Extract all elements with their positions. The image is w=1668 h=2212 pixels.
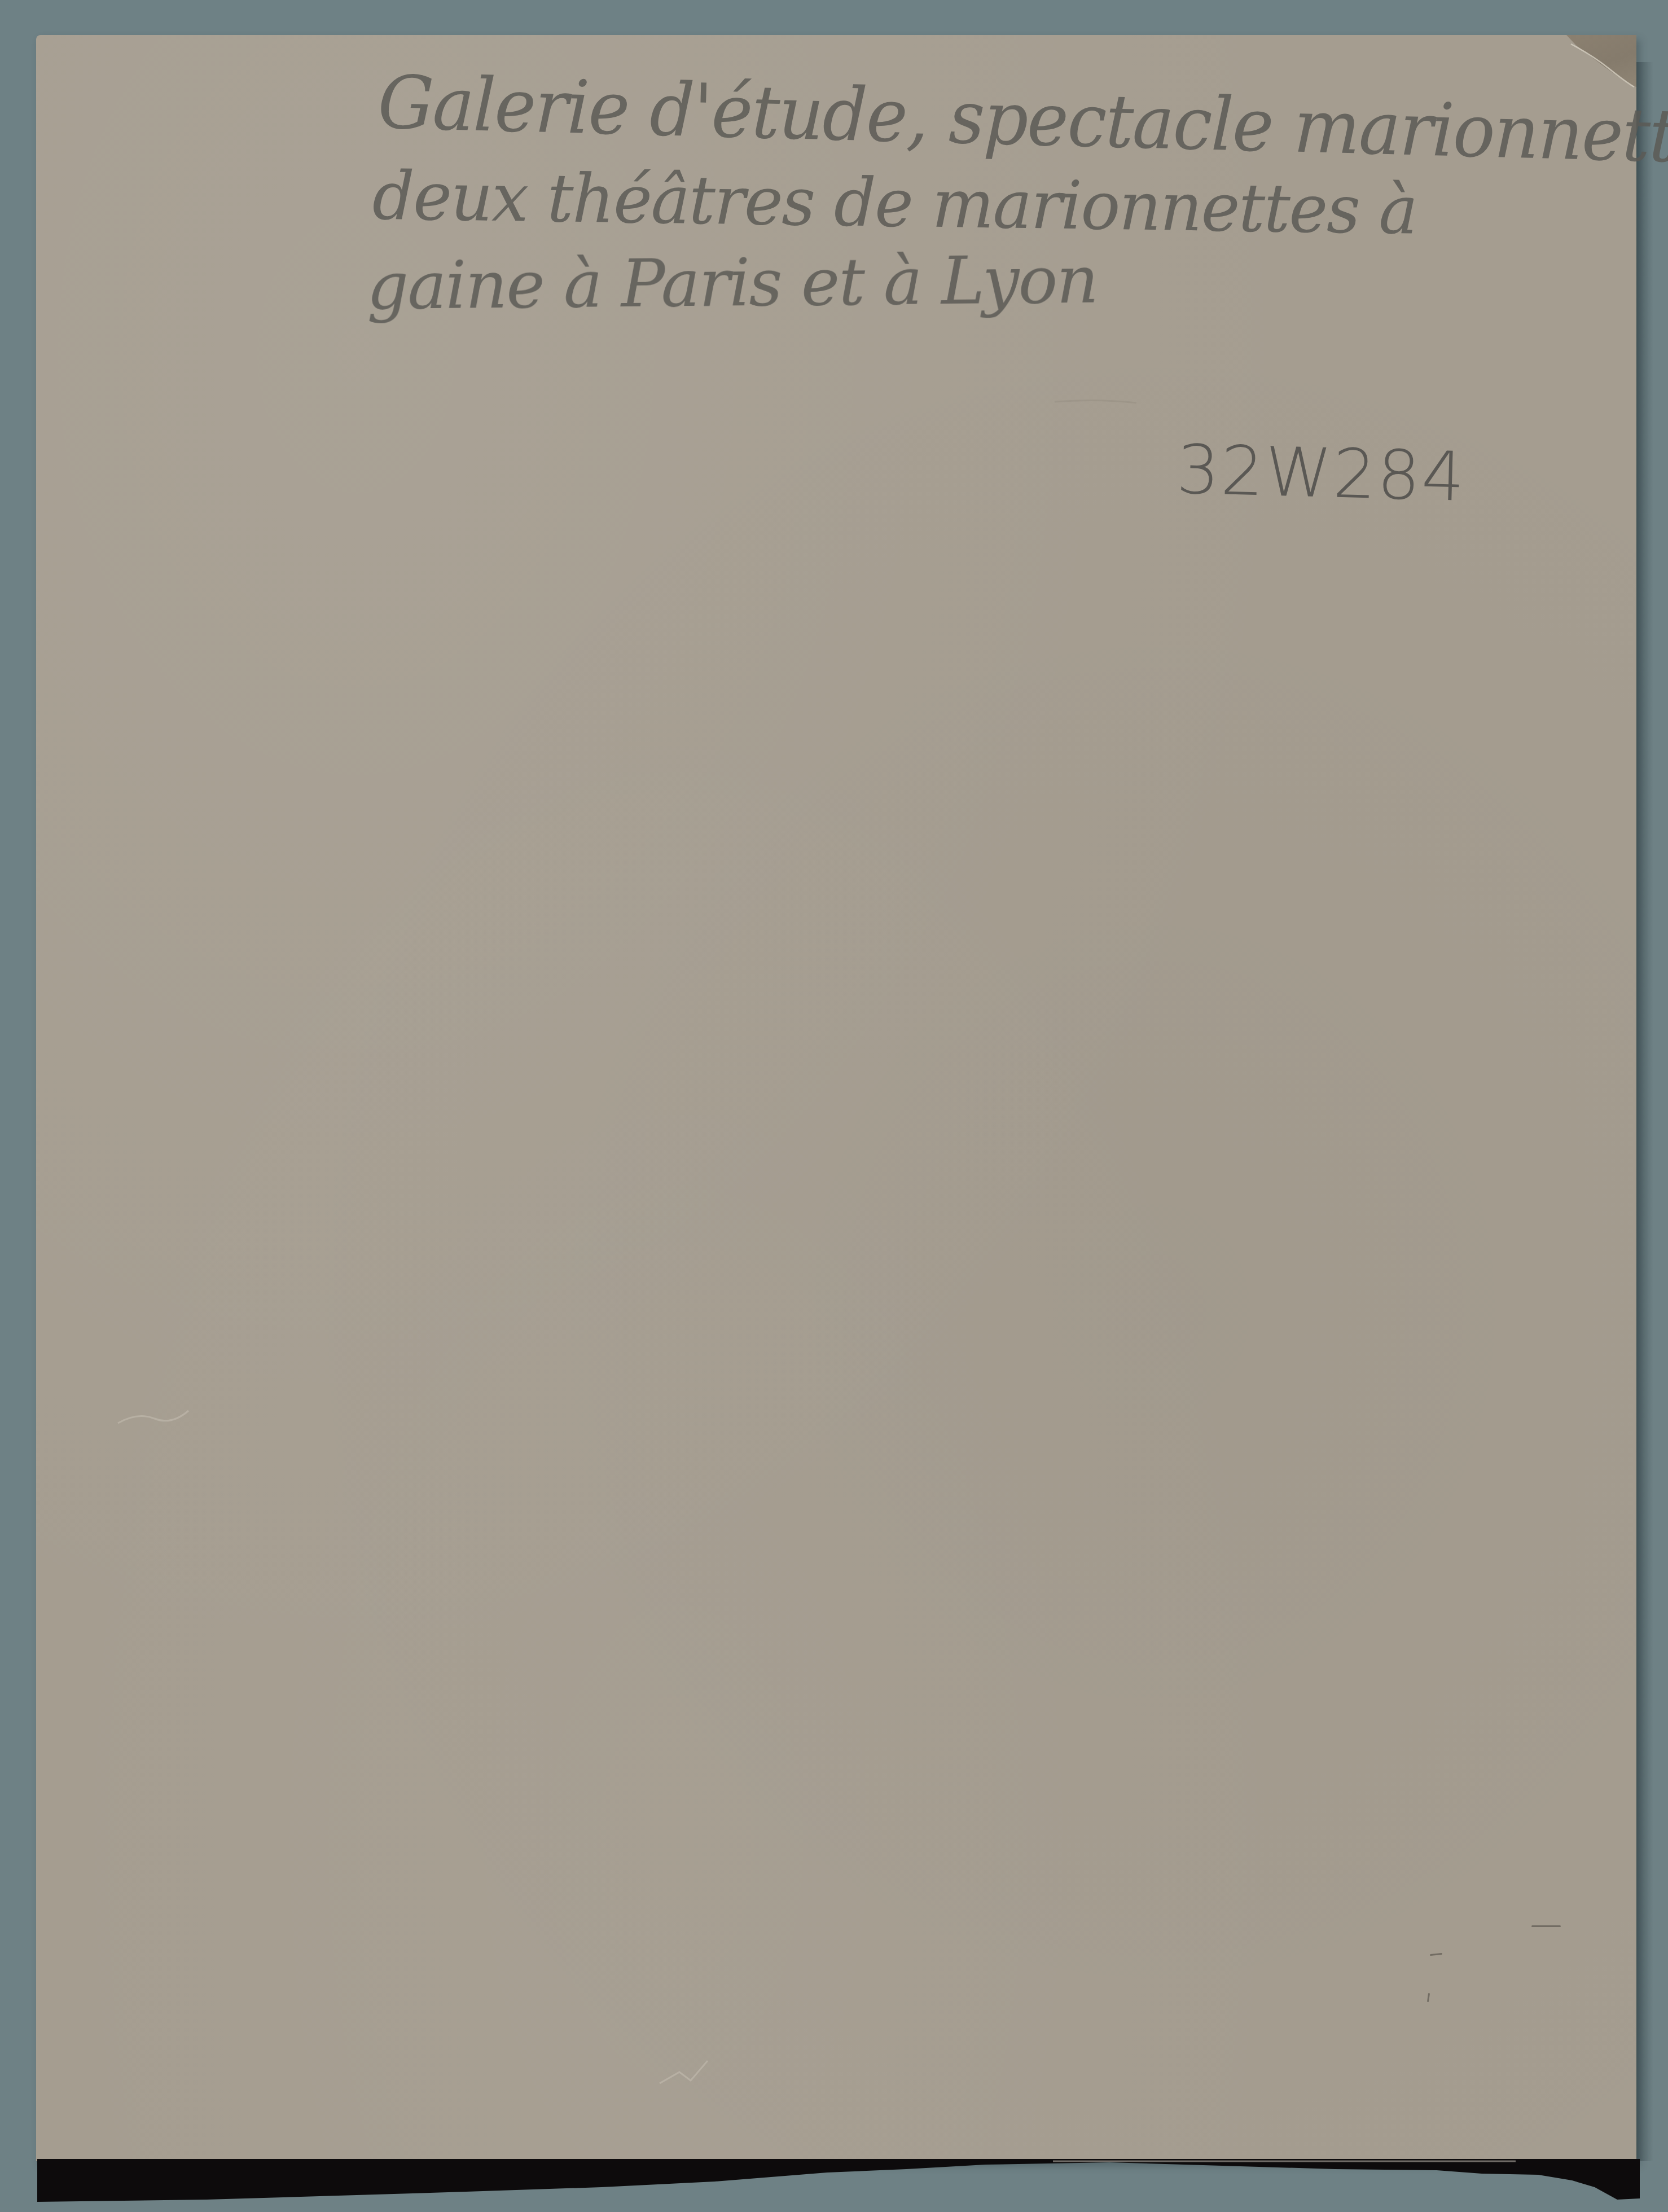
fold-crease: [1570, 43, 1636, 88]
caption-line-3: gaine à Paris et à Lyon: [366, 242, 1098, 324]
binding-strip: [37, 2159, 1640, 2204]
scuff-mark: [1052, 396, 1142, 407]
paper-shadow: [1636, 62, 1653, 2161]
document-card: [36, 35, 1636, 2161]
pencil-mark: [1427, 1993, 1430, 2002]
pencil-mark: [1531, 1925, 1561, 1927]
reference-number: 32W284: [1175, 431, 1467, 516]
scuff-mark: [657, 2055, 725, 2089]
scuff-mark: [115, 1406, 194, 1429]
caption-line-2: deux théâtres de marionnettes à: [372, 157, 1417, 250]
pencil-mark: [1430, 1953, 1442, 1956]
